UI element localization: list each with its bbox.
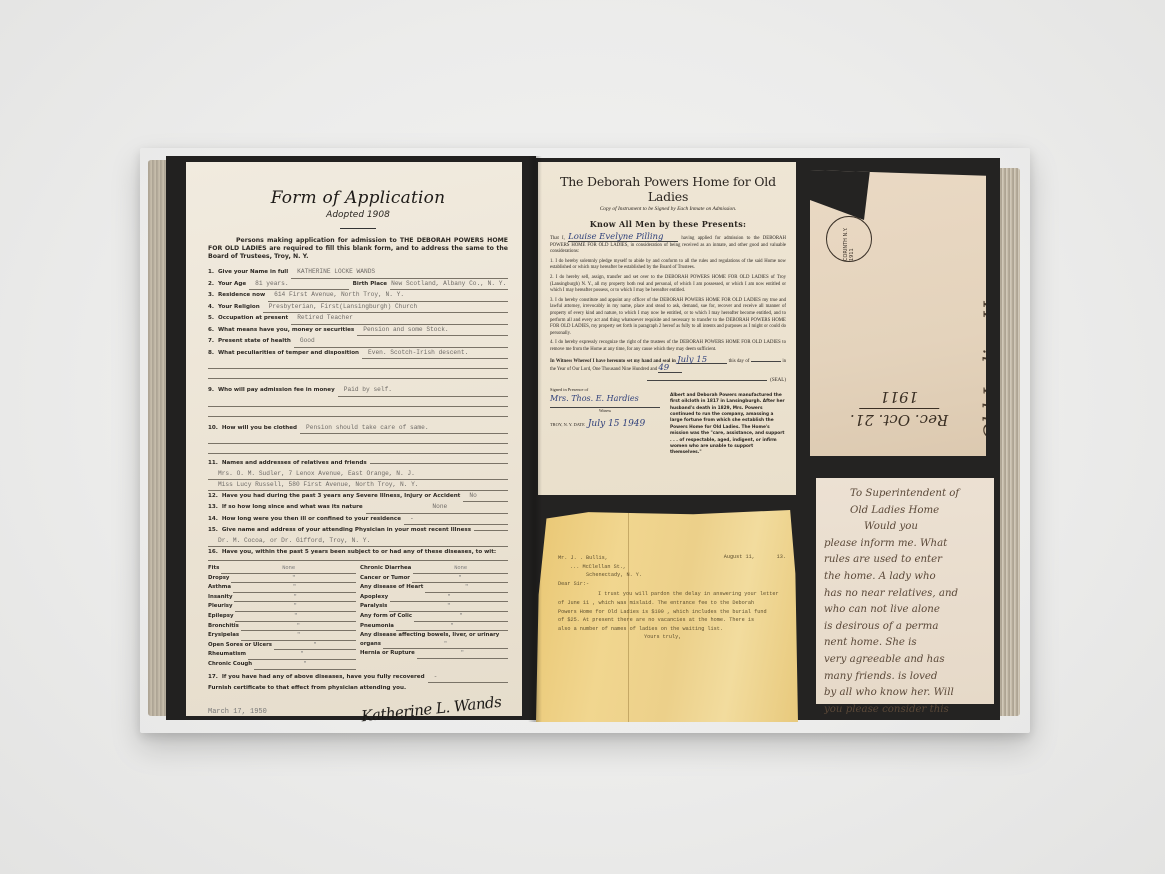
disease-item: Hernia or Rupture" — [360, 649, 508, 659]
seal-line: (SEAL) — [550, 378, 786, 383]
handwritten-note: To Superintendent of Old Ladies Home Wou… — [816, 478, 994, 704]
applicant-signature: Katherine L. Wands — [361, 692, 503, 725]
letter-salutation: Dear Sir:- — [558, 580, 786, 589]
answer-9: Paid by self. — [338, 385, 508, 397]
answer-14: - — [404, 514, 508, 526]
disease-item: Erysipelas" — [208, 631, 356, 641]
disease-item: Insanity" — [208, 593, 356, 603]
blank-line — [208, 444, 508, 454]
question-13: 13. If so how long since and what was it… — [208, 502, 508, 514]
disease-item: Apoplexy" — [360, 593, 508, 603]
envelope-torn-corner — [810, 170, 870, 220]
disease-item: Paralysis" — [360, 602, 508, 612]
letter-crease — [628, 510, 629, 722]
question-12: 12. Have you had during the past 3 years… — [208, 491, 508, 503]
disease-item: Rheumatism" — [208, 650, 356, 660]
history-blurb: Albert and Deborah Powers manufactured t… — [660, 387, 786, 457]
disease-item: Dropsy" — [208, 574, 356, 584]
answer-11 — [370, 463, 508, 464]
form-intro: Persons making application for admission… — [208, 237, 508, 261]
question-5: 5. Occupation at presentRetired Teacher — [208, 313, 508, 325]
question-15: 15. Give name and address of your attend… — [208, 525, 508, 536]
disease-item: Cancer or Tumor" — [360, 574, 508, 584]
envelope: CORINTH N.Y. 1911 Old Ladies Home Lansin… — [810, 170, 986, 456]
letter-closing: Yours truly, — [558, 633, 786, 642]
answer-6: Pension and some Stock. — [357, 325, 508, 337]
letter-date: August 11, 13. — [724, 553, 786, 562]
question-4: 4. Your ReligionPresbyterian, First(Lans… — [208, 302, 508, 314]
relative-1: Mrs. O. M. Sudler, 7 Lenox Avenue, East … — [208, 469, 508, 480]
disease-item: Any disease of Heart" — [360, 583, 508, 593]
signature-row: March 17, 1950 Katherine L. Wands — [208, 698, 508, 738]
troy-date: July 15 1949 — [588, 419, 645, 429]
answer-15 — [474, 530, 508, 531]
witness-signature: Mrs. Thos. E. Hardies — [550, 394, 639, 403]
instrument-paragraph-4: 4. I do hereby expressly recognize the r… — [550, 340, 786, 353]
application-date: March 17, 1950 — [208, 708, 267, 716]
answer-1: KATHERINE LOCKE WANDS — [291, 267, 508, 279]
question-17-note: Furnish certificate to that effect from … — [208, 683, 508, 694]
answer-12: No — [463, 491, 508, 503]
instrument-subtitle: Copy of Instrument to be Signed by Each … — [550, 206, 786, 212]
instrument-heading: Know All Men by these Presents: — [550, 219, 786, 229]
envelope-received-note: Rec. Oct. 21. 1911 — [850, 388, 948, 429]
answer-7: Good — [294, 336, 508, 348]
disease-item: Chronic DiarrheaNone — [360, 564, 508, 574]
answer-5: Retired Teacher — [291, 313, 508, 325]
answer-2: 81 years. — [249, 279, 349, 291]
disease-item: Pneumonia" — [360, 622, 508, 632]
question-17: 17. If you have had any of above disease… — [208, 672, 508, 684]
diseases-grid: FitsNone Dropsy" Asthma" Insanity" Pleur… — [208, 564, 508, 670]
question-9: 9. Who will pay admission fee in moneyPa… — [208, 385, 508, 397]
question-16: 16. Have you, within the past 5 years be… — [208, 547, 508, 558]
physician-answer: Dr. M. Cocoa, or Dr. Gifford, Troy, N. Y… — [208, 536, 508, 547]
instrument-paragraph-1: 1. I do hereby solemnly pledge myself to… — [550, 259, 786, 272]
blank-line — [208, 407, 508, 417]
relative-2: Miss Lucy Russell, 580 First Avenue, Nor… — [208, 480, 508, 491]
disease-item: FitsNone — [208, 564, 356, 574]
blank-line — [208, 434, 508, 444]
question-6: 6. What means have you, money or securit… — [208, 325, 508, 337]
diseases-left-column: FitsNone Dropsy" Asthma" Insanity" Pleur… — [208, 564, 356, 670]
instrument-opening: That I, Louise Evelyne Pilling having ap… — [550, 234, 786, 256]
blank-line — [208, 397, 508, 407]
answer-10: Pension should take care of same. — [300, 423, 508, 435]
form-adopted: Adopted 1908 — [208, 210, 508, 220]
diseases-right-column: Chronic DiarrheaNone Cancer or Tumor" An… — [360, 564, 508, 670]
disease-item: Any form of Colic" — [360, 612, 508, 622]
question-10: 10. How will you be clothedPension shoul… — [208, 423, 508, 435]
question-14: 14. How long were you then ill or confin… — [208, 514, 508, 526]
instrument-paragraph-2: 2. I do hereby sell, assign, transfer an… — [550, 275, 786, 295]
question-11: 11. Names and addresses of relatives and… — [208, 458, 508, 469]
title-rule — [340, 228, 376, 229]
question-7: 7. Present state of healthGood — [208, 336, 508, 348]
blank-line — [208, 557, 508, 561]
question-1: 1. Give your Name in fullKATHERINE LOCKE… — [208, 267, 508, 279]
answer-4: Presbyterian, First(Lansingburgh) Church — [263, 302, 508, 314]
instrument-title: The Deborah Powers Home for Old Ladies — [550, 174, 786, 204]
answer-2b: New Scotland, Albany Co., N. Y. — [390, 279, 508, 291]
disease-item: organs" — [360, 640, 508, 650]
disease-item: Chronic Cough" — [208, 660, 356, 670]
disease-item: Epilepsy" — [208, 612, 356, 622]
postmark-icon: CORINTH N.Y. 1911 — [826, 216, 872, 262]
witness-block: Signed in Presence of Mrs. Thos. E. Hard… — [550, 387, 660, 457]
disease-item: Pleurisy" — [208, 602, 356, 612]
blank-line — [208, 369, 508, 379]
witness-clause: In Witness Whereof I have hereunto set m… — [550, 357, 786, 374]
letter-body: I trust you will pardon the delay in ans… — [558, 590, 786, 633]
application-form: Form of Application Adopted 1908 Persons… — [186, 162, 522, 716]
answer-13: None — [366, 502, 508, 514]
question-2: 2. Your Age81 years.Birth PlaceNew Scotl… — [208, 279, 508, 291]
answer-8: Even. Scotch-Irish descent. — [362, 348, 508, 360]
disease-item: Open Sores or Ulcers" — [208, 641, 356, 651]
disease-item: Any disease affecting bowels, liver, or … — [360, 631, 508, 640]
question-8: 8. What peculiarities of temper and disp… — [208, 348, 508, 360]
blank-line — [208, 359, 508, 369]
disease-item: Asthma" — [208, 583, 356, 593]
form-title: Form of Application — [208, 188, 508, 208]
instrument-bottom: Signed in Presence of Mrs. Thos. E. Hard… — [550, 387, 786, 457]
typed-letter: August 11, 13. Mr. J. . Bullis, ... McCl… — [536, 510, 798, 722]
answer-3: 614 First Avenue, North Troy, N. Y. — [268, 290, 508, 302]
instrument-paragraph-3: 3. I do hereby constitute and appoint an… — [550, 298, 786, 338]
signer-name: Louise Evelyne Pilling — [568, 234, 678, 242]
disease-item: Bronchitis" — [208, 622, 356, 632]
admission-instrument: The Deborah Powers Home for Old Ladies C… — [538, 162, 796, 495]
question-3: 3. Residence now614 First Avenue, North … — [208, 290, 508, 302]
